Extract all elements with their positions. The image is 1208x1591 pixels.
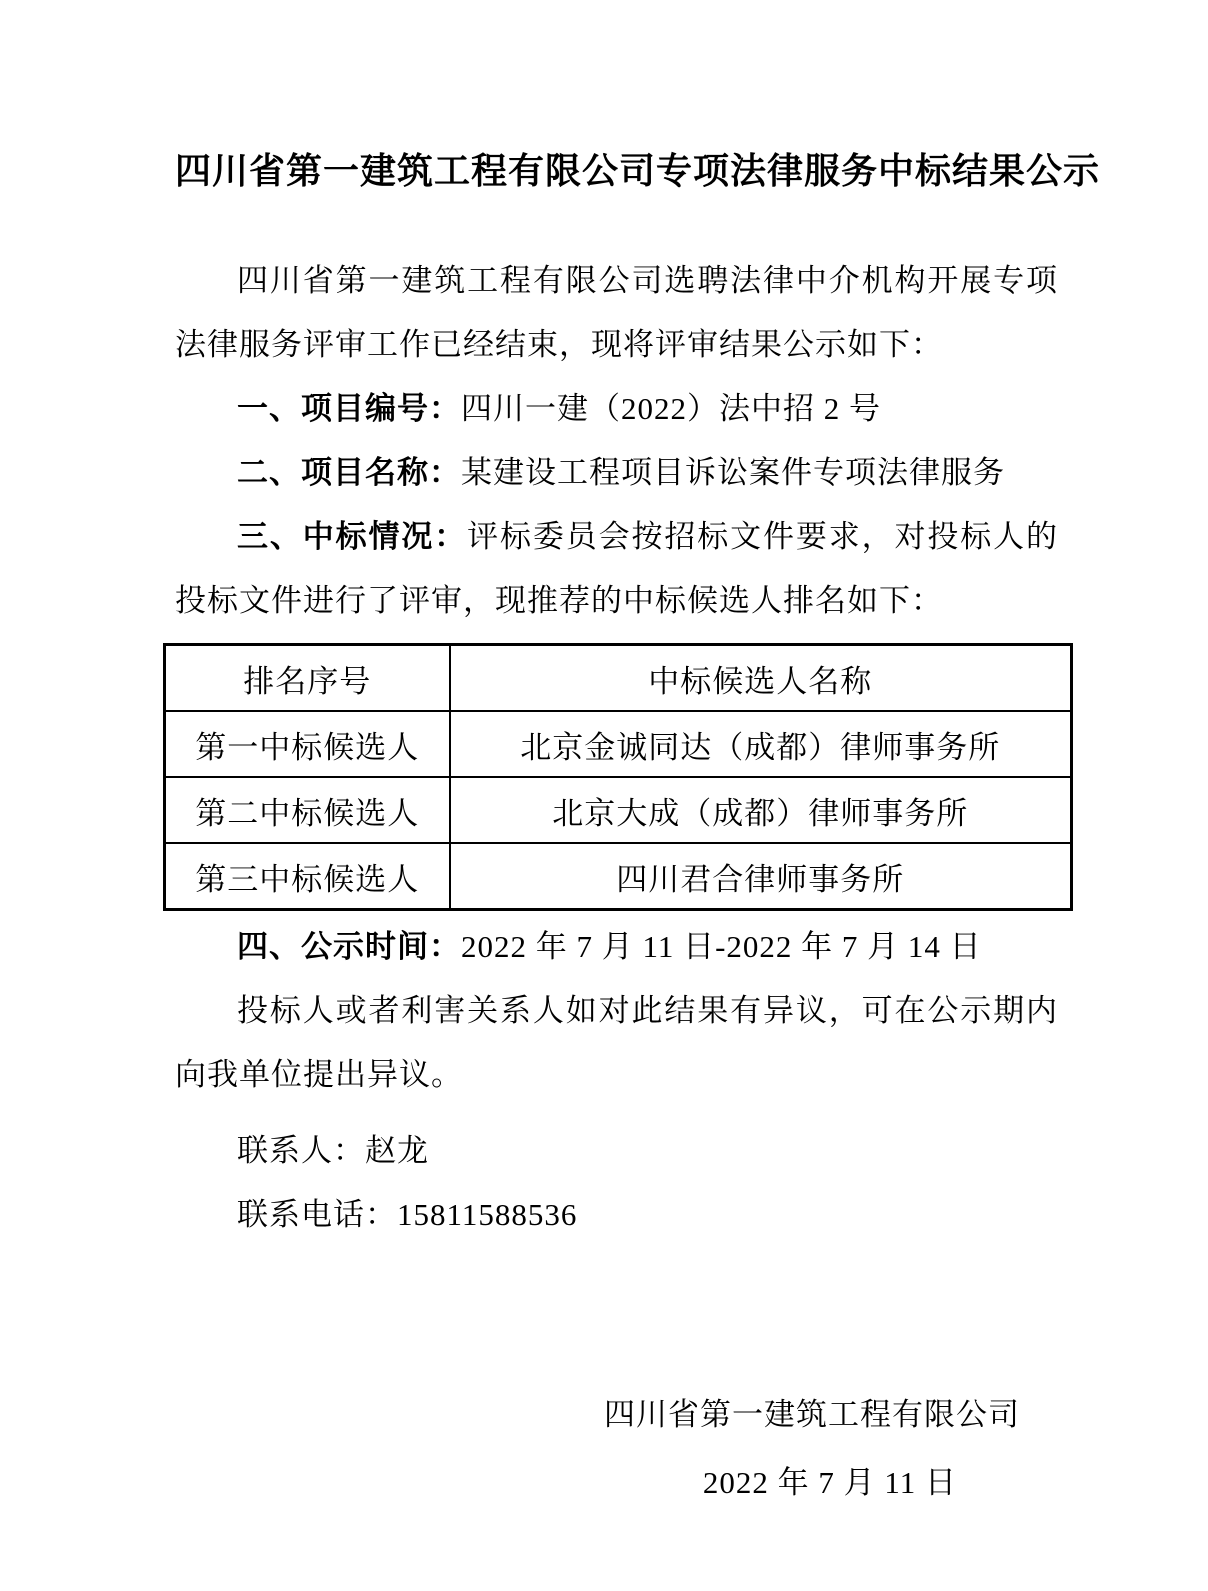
section-project-number-value: 四川一建（2022）法中招 2 号 xyxy=(461,391,881,426)
page-title: 四川省第一建筑工程有限公司专项法律服务中标结果公示 xyxy=(175,141,1058,201)
table-cell-rank-1: 第一中标候选人 xyxy=(165,711,450,777)
section-project-number: 一、项目编号：四川一建（2022）法中招 2 号 xyxy=(175,377,1058,441)
table-row: 第三中标候选人 四川君合律师事务所 xyxy=(165,843,1072,910)
table-header-candidate: 中标候选人名称 xyxy=(450,645,1072,712)
table-header-rank: 排名序号 xyxy=(165,645,450,712)
contact-phone: 联系电话：15811588536 xyxy=(175,1183,1058,1247)
section-project-name-label: 二、项目名称： xyxy=(237,455,461,490)
intro-paragraph: 四川省第一建筑工程有限公司选聘法律中介机构开展专项法律服务评审工作已经结束，现将… xyxy=(175,249,1058,377)
issuer-signature: 四川省第一建筑工程有限公司 xyxy=(175,1383,1058,1447)
section-publicity-period-label: 四、公示时间： xyxy=(237,929,461,964)
table-cell-candidate-2: 北京大成（成都）律师事务所 xyxy=(450,777,1072,843)
table-cell-rank-3: 第三中标候选人 xyxy=(165,843,450,910)
bid-candidates-table: 排名序号 中标候选人名称 第一中标候选人 北京金诚同达（成都）律师事务所 第二中… xyxy=(163,643,1073,911)
section-project-name: 二、项目名称：某建设工程项目诉讼案件专项法律服务 xyxy=(175,441,1058,505)
table-cell-candidate-1: 北京金诚同达（成都）律师事务所 xyxy=(450,711,1072,777)
section-award-status: 三、中标情况：评标委员会按招标文件要求，对投标人的投标文件进行了评审，现推荐的中… xyxy=(175,505,1058,633)
issue-date: 2022 年 7 月 11 日 xyxy=(175,1451,1058,1515)
table-cell-rank-2: 第二中标候选人 xyxy=(165,777,450,843)
objection-notice: 投标人或者利害关系人如对此结果有异议，可在公示期内向我单位提出异议。 xyxy=(175,979,1058,1107)
document-page: 四川省第一建筑工程有限公司专项法律服务中标结果公示 四川省第一建筑工程有限公司选… xyxy=(0,0,1208,1591)
section-project-name-value: 某建设工程项目诉讼案件专项法律服务 xyxy=(461,455,1005,490)
table-header-row: 排名序号 中标候选人名称 xyxy=(165,645,1072,712)
section-project-number-label: 一、项目编号： xyxy=(237,391,461,426)
section-publicity-period-value: 2022 年 7 月 11 日-2022 年 7 月 14 日 xyxy=(461,929,982,964)
section-award-status-label: 三、中标情况： xyxy=(237,519,467,554)
table-cell-candidate-3: 四川君合律师事务所 xyxy=(450,843,1072,910)
table-row: 第一中标候选人 北京金诚同达（成都）律师事务所 xyxy=(165,711,1072,777)
section-publicity-period: 四、公示时间：2022 年 7 月 11 日-2022 年 7 月 14 日 xyxy=(175,915,1058,979)
table-row: 第二中标候选人 北京大成（成都）律师事务所 xyxy=(165,777,1072,843)
contact-person: 联系人：赵龙 xyxy=(175,1119,1058,1183)
